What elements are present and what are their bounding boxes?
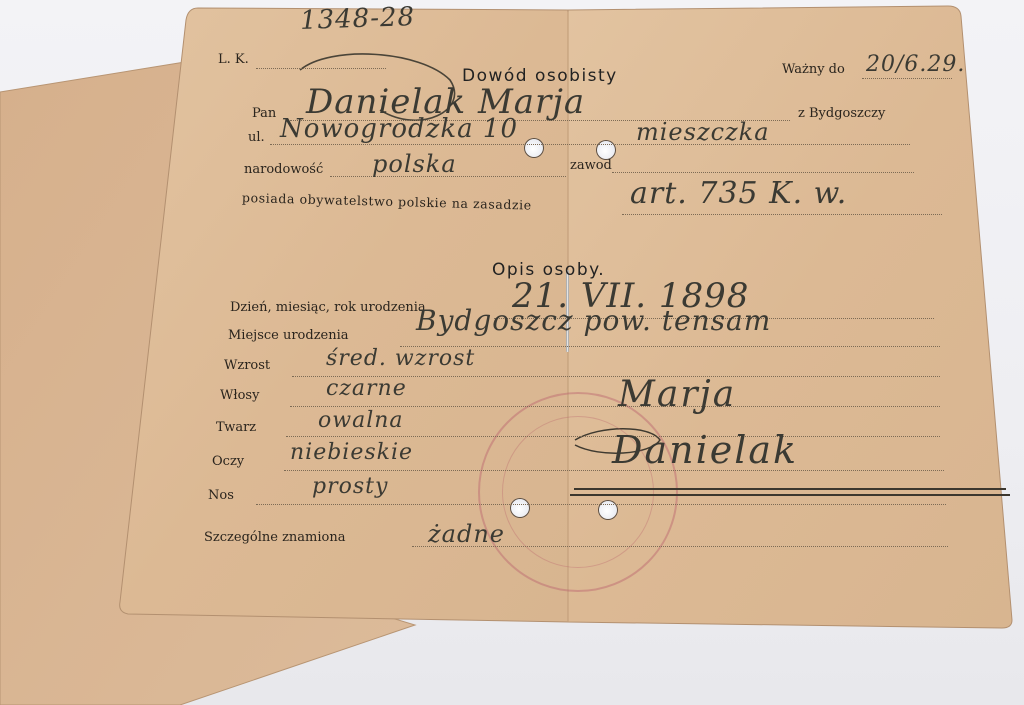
hair-value: czarne (326, 376, 407, 401)
signature-last-name: Danielak (612, 428, 798, 472)
nationality-label: narodowość (244, 162, 323, 177)
street-line (270, 144, 910, 145)
valid-until-value: 20/6.29. (866, 52, 965, 77)
eyes-label: Oczy (212, 454, 244, 469)
punch-hole (524, 138, 544, 158)
hair-line (290, 406, 940, 407)
nose-value: prosty (312, 474, 388, 499)
eyes-value: niebieskie (290, 440, 413, 465)
official-stamp (478, 392, 678, 592)
occupation-line (612, 172, 914, 173)
pan-label: Pan (252, 106, 276, 121)
height-value: śred. wzrost (326, 346, 475, 371)
nationality-value: polska (372, 150, 457, 178)
birthplace-line (400, 346, 940, 347)
birthdate-label: Dzień, miesiąc, rok urodzenia (230, 300, 426, 315)
city-label: z Bydgoszczy (798, 106, 885, 121)
birthplace-label: Miejsce urodzenia (228, 328, 349, 343)
signature-first-name: Marja (618, 374, 736, 415)
occupation-value: mieszczka (636, 118, 770, 146)
lk-line (256, 68, 386, 69)
signature-rule (574, 488, 1006, 490)
citizenship-value: art. 735 K. w. (630, 176, 847, 211)
signature-rule (570, 494, 1010, 496)
birthplace-value: Bydgoszcz pow. tensam (416, 304, 771, 337)
punch-hole (598, 500, 618, 520)
nose-label: Nos (208, 488, 234, 503)
marks-value: żadne (428, 520, 505, 548)
hair-label: Włosy (220, 388, 259, 403)
punch-hole (596, 140, 616, 160)
citizenship-line (622, 214, 942, 215)
street-value: Nowogrodzka 10 (280, 114, 518, 144)
face-value: owalna (318, 408, 404, 433)
serial-number: 1348-28 (300, 2, 416, 36)
nose-line (256, 504, 946, 505)
valid-until-line (862, 78, 952, 79)
street-label: ul. (248, 130, 265, 145)
occupation-label: zawod (570, 158, 612, 173)
height-label: Wzrost (224, 358, 270, 373)
marks-label: Szczególne znamiona (204, 530, 346, 545)
valid-until-label: Ważny do (782, 62, 845, 77)
lk-label: L. K. (218, 52, 249, 67)
face-label: Twarz (216, 420, 256, 435)
punch-hole (510, 498, 530, 518)
